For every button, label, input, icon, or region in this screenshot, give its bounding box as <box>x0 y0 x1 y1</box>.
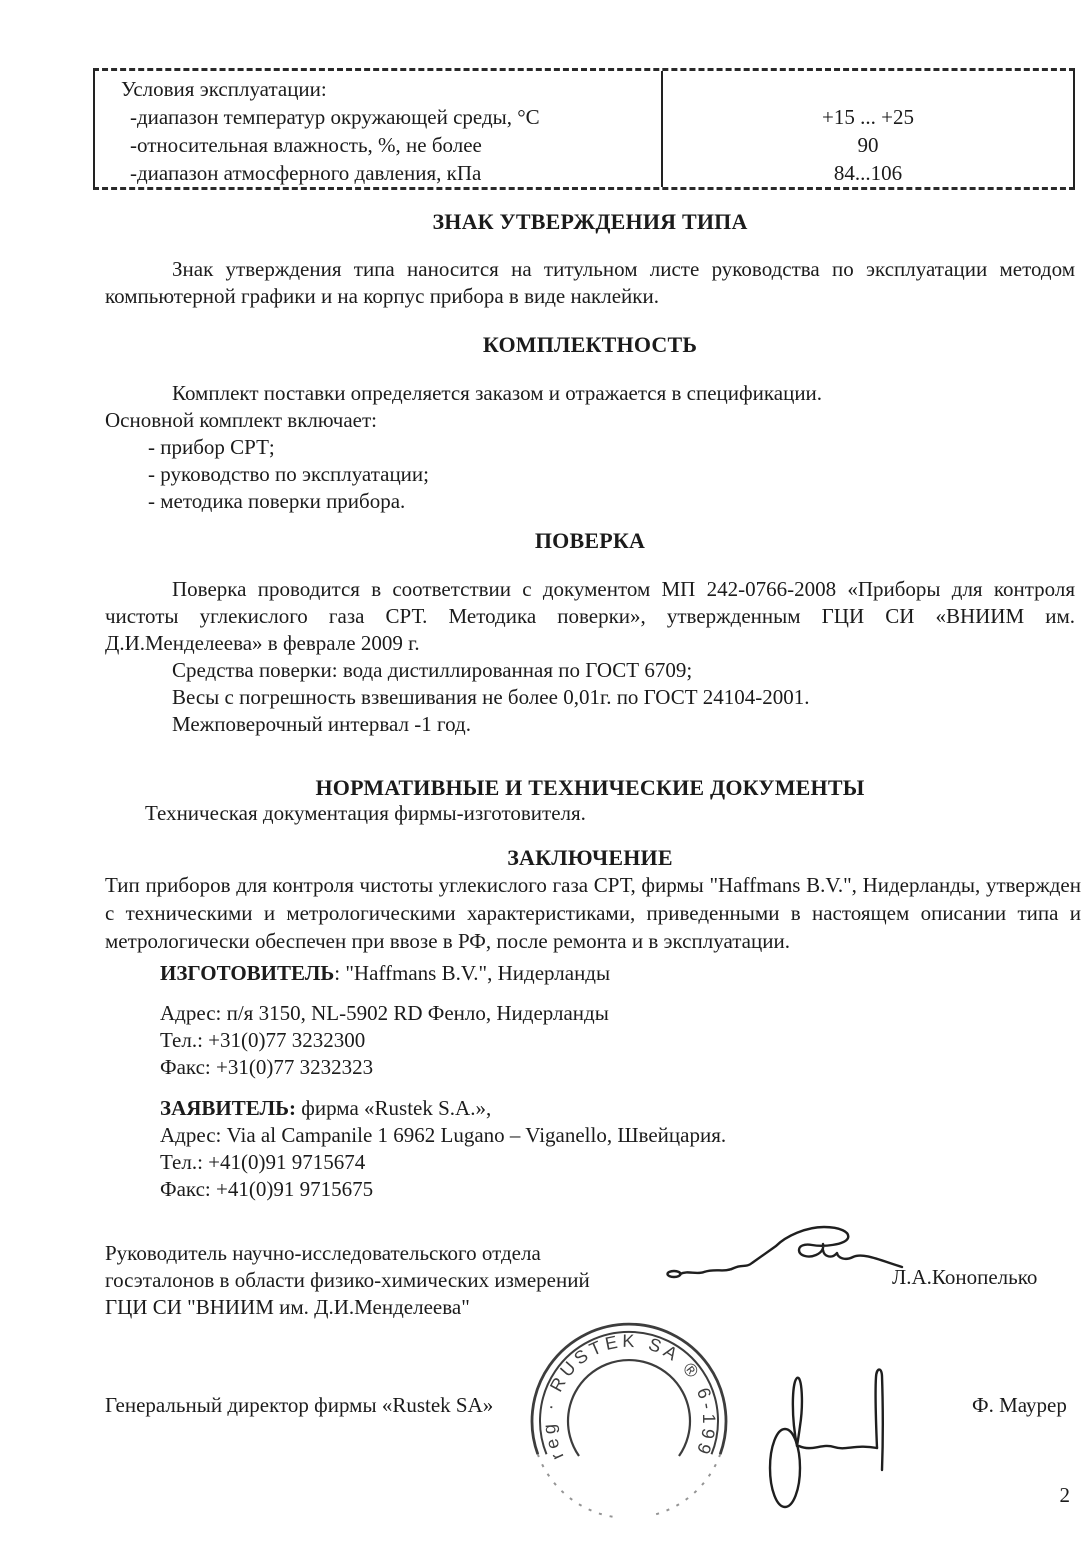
values-spacer <box>663 75 1073 103</box>
director-name: Ф. Маурер <box>972 1392 1067 1419</box>
completeness-subtitle: Основной комплект включает: <box>105 407 1075 434</box>
normative-body: Техническая документация фирмы-изготовит… <box>105 800 1075 827</box>
company-stamp: reg ∙ RUSTEK SA ® 6-1991-9 <box>524 1316 734 1526</box>
completeness-intro: Комплект поставки определяется заказом и… <box>105 380 1075 407</box>
official-name: Л.А.Конопелько <box>892 1264 1037 1291</box>
condition-label-temperature: -диапазон температур окружающей среды, °… <box>121 103 661 131</box>
konopelko-signature <box>666 1224 908 1288</box>
applicant-phone: Тел.: +41(0)91 9715674 <box>160 1149 1000 1176</box>
manufacturer-name-line: ИЗГОТОВИТЕЛЬ: "Haffmans B.V.", Нидерланд… <box>160 960 1000 987</box>
section-title-conclusion: ЗАКЛЮЧЕНИЕ <box>105 844 1075 871</box>
applicant-block: ЗАЯВИТЕЛЬ: фирма «Rustek S.A.», Адрес: V… <box>160 1095 1000 1203</box>
manufacturer-label: ИЗГОТОВИТЕЛЬ <box>160 961 334 985</box>
completeness-item: - руководство по эксплуатации; <box>105 461 1075 488</box>
condition-value-humidity: 90 <box>663 131 1073 159</box>
maurer-signature <box>762 1364 902 1514</box>
verification-line: Весы с погрешность взвешивания не более … <box>105 684 1075 711</box>
conditions-values-column: +15 ... +25 90 84...106 <box>661 71 1073 187</box>
completeness-item: - методика поверки прибора. <box>105 488 1075 515</box>
condition-value-pressure: 84...106 <box>663 159 1073 187</box>
verification-line: Межповерочный интервал -1 год. <box>105 711 1075 738</box>
page-number: 2 <box>1040 1482 1070 1509</box>
section-title-normative: НОРМАТИВНЫЕ И ТЕХНИЧЕСКИЕ ДОКУМЕНТЫ <box>105 774 1075 801</box>
applicant-name: фирма «Rustek S.A.», <box>296 1096 491 1120</box>
section-title-type-mark: ЗНАК УТВЕРЖДЕНИЯ ТИПА <box>105 208 1075 235</box>
director-title: Генеральный директор фирмы «Rustek SA» <box>105 1392 493 1419</box>
operating-conditions-table: Условия эксплуатации: -диапазон температ… <box>93 68 1075 190</box>
svg-text:reg ∙ RUSTEK SA ® 6-1991-9: reg ∙ RUSTEK SA ® 6-1991-9 <box>524 1316 719 1463</box>
conditions-title: Условия эксплуатации: <box>121 75 661 103</box>
condition-label-humidity: -относительная влажность, %, не более <box>121 131 661 159</box>
verification-block: Поверка проводится в соответствии с доку… <box>105 576 1075 738</box>
paragraph-type-mark: Знак утверждения типа наносится на титул… <box>105 256 1075 310</box>
manufacturer-fax: Факс: +31(0)77 3232323 <box>160 1054 1000 1081</box>
manufacturer-phone: Тел.: +31(0)77 3232300 <box>160 1027 1000 1054</box>
applicant-address: Адрес: Via al Campanile 1 6962 Lugano – … <box>160 1122 1000 1149</box>
condition-label-pressure: -диапазон атмосферного давления, кПа <box>121 159 661 187</box>
manufacturer-name: : "Haffmans B.V.", Нидерланды <box>334 961 610 985</box>
official-title: Руководитель научно-исследовательского о… <box>105 1240 613 1321</box>
section-title-completeness: КОМПЛЕКТНОСТЬ <box>105 331 1075 358</box>
spacer <box>160 987 1000 1000</box>
verification-line: Средства поверки: вода дистиллированная … <box>105 657 1075 684</box>
manufacturer-address: Адрес: п/я 3150, NL-5902 RD Фенло, Нидер… <box>160 1000 1000 1027</box>
completeness-item: - прибор СРТ; <box>105 434 1075 461</box>
applicant-label: ЗАЯВИТЕЛЬ: <box>160 1096 296 1120</box>
manufacturer-block: ИЗГОТОВИТЕЛЬ: "Haffmans B.V.", Нидерланд… <box>160 960 1000 1081</box>
completeness-block: Комплект поставки определяется заказом и… <box>105 380 1075 515</box>
stamp-text: reg ∙ RUSTEK SA ® 6-1991-9 <box>524 1316 719 1463</box>
conditions-labels-column: Условия эксплуатации: -диапазон температ… <box>95 71 661 187</box>
conclusion-body: Тип приборов для контроля чистоты углеки… <box>105 871 1081 955</box>
document-page: Условия эксплуатации: -диапазон температ… <box>0 0 1086 1560</box>
applicant-fax: Факс: +41(0)91 9715675 <box>160 1176 1000 1203</box>
condition-value-temperature: +15 ... +25 <box>663 103 1073 131</box>
verification-body: Поверка проводится в соответствии с доку… <box>105 576 1075 657</box>
applicant-name-line: ЗАЯВИТЕЛЬ: фирма «Rustek S.A.», <box>160 1095 1000 1122</box>
section-title-verification: ПОВЕРКА <box>105 527 1075 554</box>
